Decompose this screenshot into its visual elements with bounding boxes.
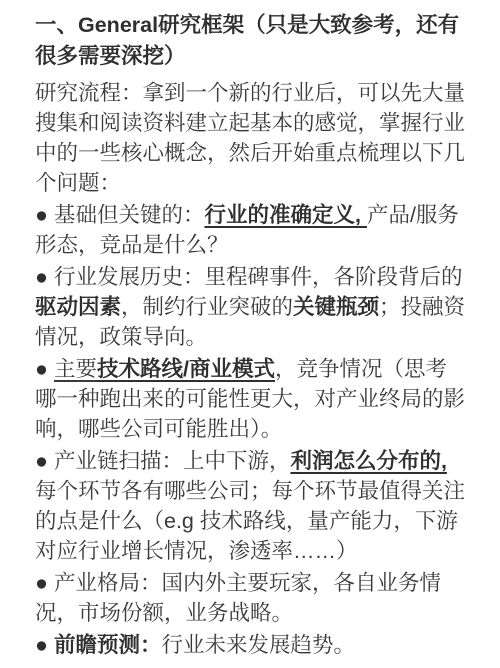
- bullet-icon: ●: [35, 571, 54, 595]
- paragraph-bullet-forecast: ● 前瞻预测：行业未来发展趋势。: [35, 630, 468, 660]
- text-segment: 行业未来发展趋势。: [161, 633, 355, 657]
- bullet-icon: ●: [35, 633, 54, 657]
- text-segment: 基础但关键的：: [54, 203, 205, 227]
- text-segment: 技术路线/商业模式: [97, 357, 275, 381]
- article: 一、General研究框架（只是大致参考，还有很多需要深挖） 研究流程：拿到一个…: [0, 0, 500, 660]
- paragraph-bullet-basic-definition: ● 基础但关键的：行业的准确定义, 产品/服务形态，竞品是什么？: [35, 200, 468, 260]
- text-segment: 行业的准确定义,: [204, 203, 366, 227]
- bullet-icon: ●: [35, 265, 54, 289]
- text-segment: 驱动因素: [35, 295, 121, 319]
- text-segment: 行业发展历史：里程碑事件，各阶段背后的: [54, 265, 463, 289]
- text-segment: 关键瓶颈: [293, 295, 379, 319]
- text-segment: 主要: [54, 357, 97, 381]
- paragraph-bullet-tech-routes: ● 主要技术路线/商业模式，竞争情况（思考哪一种跑出来的可能性更大，对产业终局的…: [35, 354, 468, 444]
- text-segment: 产业链扫描：上中下游，: [54, 449, 291, 473]
- text-segment: 产业格局：国内外主要玩家，各自业务情况，市场份额，业务战略。: [35, 571, 441, 625]
- paragraph-bullet-industry-history: ● 行业发展历史：里程碑事件，各阶段背后的驱动因素，制约行业突破的关键瓶颈；投融…: [35, 262, 468, 352]
- text-segment: 利润怎么分布的,: [290, 449, 446, 473]
- text-segment: ，制约行业突破的: [121, 295, 293, 319]
- paragraph-list: 研究流程：拿到一个新的行业后，可以先大量搜集和阅读资料建立起基本的感觉，掌握行业…: [35, 78, 468, 660]
- bullet-icon: ●: [35, 357, 54, 381]
- paragraph-research-process: 研究流程：拿到一个新的行业后，可以先大量搜集和阅读资料建立起基本的感觉，掌握行业…: [35, 78, 468, 198]
- text-segment: 研究流程：拿到一个新的行业后，可以先大量搜集和阅读资料建立起基本的感觉，掌握行业…: [35, 81, 465, 195]
- page-title: 一、General研究框架（只是大致参考，还有很多需要深挖）: [35, 10, 468, 72]
- bullet-icon: ●: [35, 203, 54, 227]
- text-segment: 每个环节各有哪些公司；每个环节最值得关注的点是什么（e.g 技术路线，量产能力，…: [35, 479, 465, 563]
- paragraph-bullet-industry-landscape: ● 产业格局：国内外主要玩家，各自业务情况，市场份额，业务战略。: [35, 568, 468, 628]
- bullet-icon: ●: [35, 449, 54, 473]
- paragraph-bullet-industry-chain: ● 产业链扫描：上中下游，利润怎么分布的,每个环节各有哪些公司；每个环节最值得关…: [35, 446, 468, 566]
- text-segment: 前瞻预测：: [54, 633, 162, 657]
